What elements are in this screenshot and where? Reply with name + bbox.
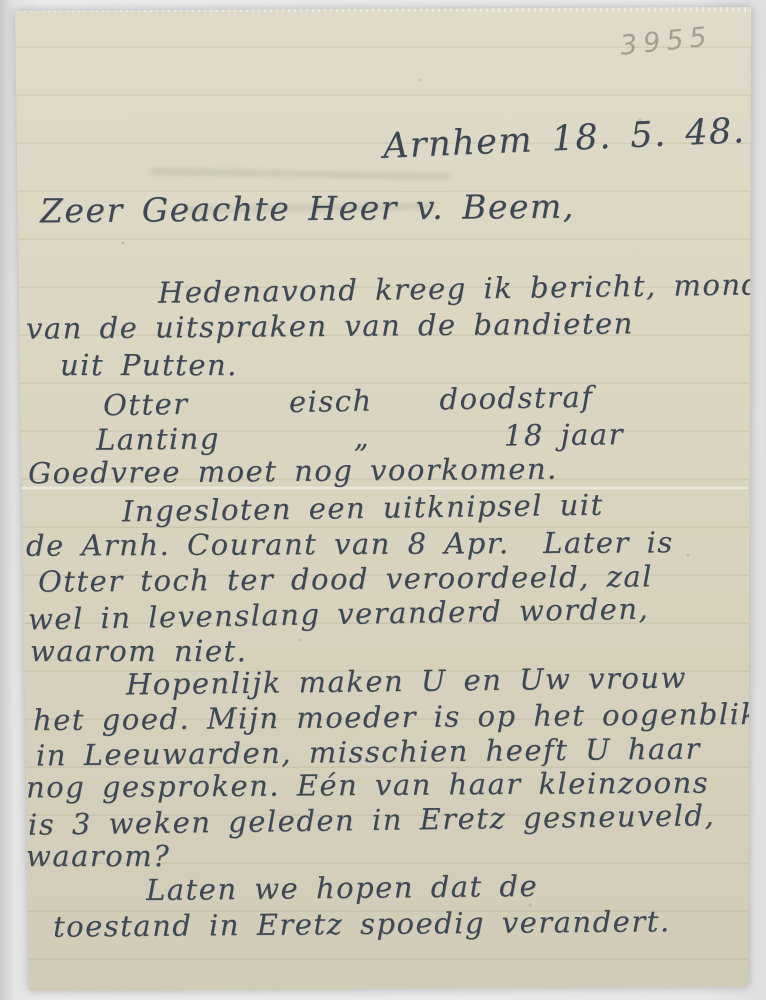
dateline: Arnhem 18. 5. 48. bbox=[382, 114, 746, 165]
handwritten-line: Laten we hopen dat de bbox=[146, 872, 538, 905]
handwritten-line: van de uitspraken van de bandieten bbox=[26, 309, 634, 343]
handwritten-line: uit Putten. bbox=[60, 351, 238, 380]
paper-shadow-wrap: 3955 Arnhem 18. 5. 48. Zeer Geachte Heer… bbox=[0, 0, 766, 1000]
handwritten-line: Hopenlijk maken U en Uw vrouw bbox=[126, 664, 687, 700]
scanned-letter-page: 3955 Arnhem 18. 5. 48. Zeer Geachte Heer… bbox=[0, 0, 766, 1000]
handwritten-line: Otter eisch doodstraf bbox=[103, 383, 594, 421]
handwritten-line: toestand in Eretz spoedig verandert. bbox=[53, 907, 671, 941]
handwritten-line: waarom niet. bbox=[30, 637, 247, 666]
handwritten-line: Ingesloten een uitknipsel uit bbox=[122, 491, 604, 527]
handwritten-line: is 3 weken geleden in Eretz gesneuveld, bbox=[28, 801, 716, 840]
handwritten-line: Otter toch ter dood veroordeeld, zal bbox=[38, 562, 653, 596]
handwritten-line: Lanting „ 18 jaar bbox=[96, 420, 624, 455]
handwritten-line: nog gesproken. Eén van haar kleinzoons bbox=[26, 769, 709, 803]
handwritten-line: Goedvree moet nog voorkomen. bbox=[28, 455, 558, 489]
letter-paper: 3955 Arnhem 18. 5. 48. Zeer Geachte Heer… bbox=[0, 0, 766, 1000]
handwritten-line: het goed. Mijn moeder is op het oogenbli… bbox=[33, 700, 760, 735]
ink-show-through bbox=[150, 169, 450, 178]
handwritten-line: wel in levenslang veranderd worden, bbox=[28, 595, 650, 635]
handwritten-line: Hedenavond kreeg ik bericht, mondeling bbox=[158, 269, 766, 308]
handwritten-line: waarom? bbox=[26, 842, 170, 871]
handwritten-line: de Arnh. Courant van 8 Apr. Later is bbox=[26, 528, 674, 560]
salutation-line: Zeer Geachte Heer v. Beem, bbox=[40, 190, 575, 228]
archive-number-pencil: 3955 bbox=[619, 21, 714, 62]
handwritten-line: in Leeuwarden, misschien heeft U haar bbox=[36, 735, 701, 771]
